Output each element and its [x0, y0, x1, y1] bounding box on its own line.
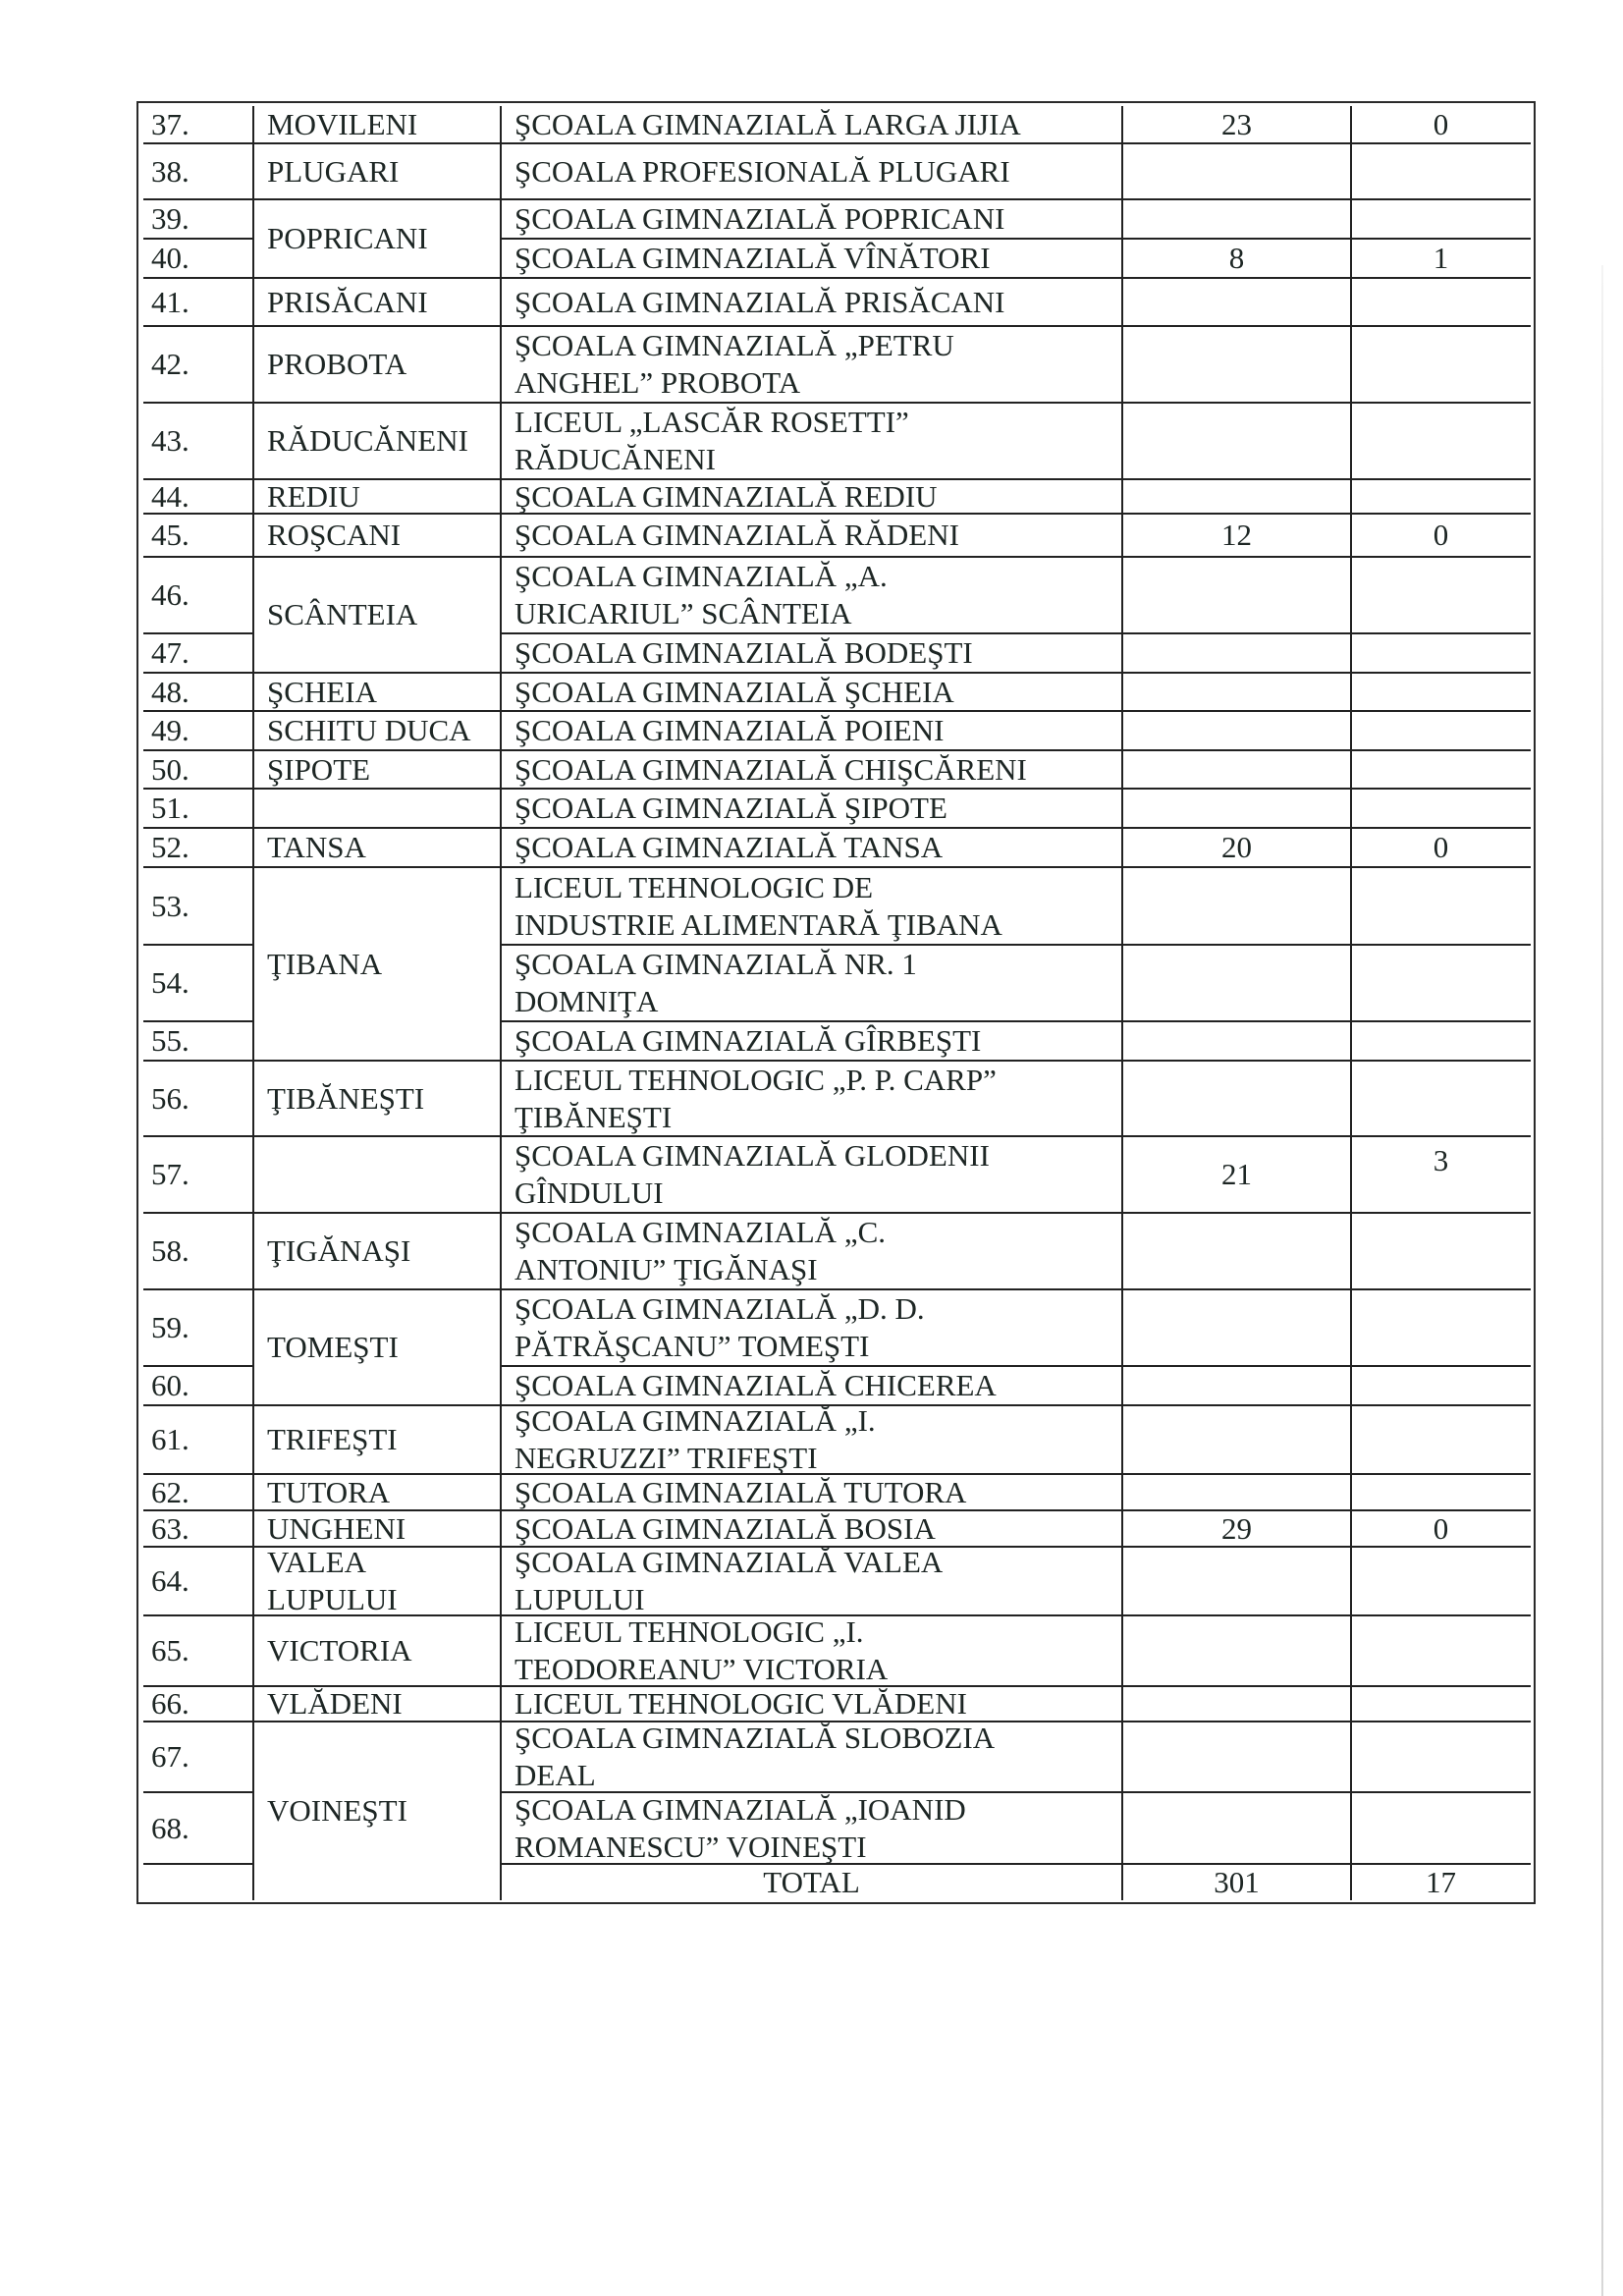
table-row-divider	[501, 1365, 1531, 1367]
commune-cell: VALEA LUPULUI	[253, 1547, 501, 1615]
row-number: 40.	[143, 239, 253, 278]
value-col2-cell	[1351, 945, 1531, 1021]
value-col2-cell: 0	[1351, 1510, 1531, 1547]
row-number: 58.	[143, 1213, 253, 1289]
value-col2-cell	[1351, 326, 1531, 403]
school-name-cell: LICEUL TEHNOLOGIC „I. TEODOREANU” VICTOR…	[501, 1615, 1122, 1686]
table-row-divider	[501, 238, 1531, 240]
school-name-cell: ŞCOALA GIMNAZIALĂ VALEA LUPULUI	[501, 1547, 1122, 1615]
row-number: 59.	[143, 1289, 253, 1366]
table-row-divider	[143, 325, 1531, 327]
school-name-cell: ŞCOALA GIMNAZIALĂ REDIU	[501, 479, 1122, 514]
school-name-cell: ŞCOALA GIMNAZIALĂ „C. ANTONIU” ŢIGĂNAŞI	[501, 1213, 1122, 1289]
commune-cell: ŢIBANA	[253, 867, 501, 1061]
commune-cell: PRISĂCANI	[253, 278, 501, 326]
table-row-divider	[143, 277, 1531, 279]
table-row-divider	[501, 1020, 1531, 1022]
table-row-divider	[143, 1721, 1531, 1722]
school-name-cell: ŞCOALA GIMNAZIALĂ POIENI	[501, 711, 1122, 750]
row-number: 41.	[143, 278, 253, 326]
value-col2-cell	[1351, 1547, 1531, 1615]
school-name-cell: ŞCOALA PROFESIONALĂ PLUGARI	[501, 143, 1122, 199]
row-number: 49.	[143, 711, 253, 750]
scan-artifact-line	[1601, 265, 1603, 2296]
commune-cell: ROŞCANI	[253, 514, 501, 557]
value-col1-cell	[1122, 1722, 1351, 1792]
row-number: 47.	[143, 633, 253, 673]
row-number: 52.	[143, 828, 253, 867]
school-name-cell: ŞCOALA GIMNAZIALĂ CHIŞCĂRENI	[501, 750, 1122, 789]
value-col1-cell	[1122, 143, 1351, 199]
commune-cell: VOINEŞTI	[253, 1722, 501, 1900]
commune-cell: TUTORA	[253, 1474, 501, 1510]
row-number: 65.	[143, 1615, 253, 1686]
value-col1-cell	[1122, 711, 1351, 750]
school-name-cell: ŞCOALA GIMNAZIALĂ „A. URICARIUL” SCÂNTEI…	[501, 557, 1122, 633]
commune-cell: ŞCHEIA	[253, 673, 501, 711]
commune-cell: RĂDUCĂNENI	[253, 403, 501, 479]
row-number: 50.	[143, 750, 253, 789]
commune-cell: VLĂDENI	[253, 1686, 501, 1722]
commune-cell: SCHITU DUCA	[253, 711, 501, 750]
value-col1-cell	[1122, 673, 1351, 711]
table-row-divider	[143, 827, 1531, 829]
value-col2-cell	[1351, 711, 1531, 750]
row-number: 53.	[143, 867, 253, 945]
row-number: 64.	[143, 1547, 253, 1615]
value-col1-cell	[1122, 945, 1351, 1021]
commune-cell: ŢIBĂNEŞTI	[253, 1061, 501, 1136]
row-number: 54.	[143, 945, 253, 1021]
table-row-divider	[143, 749, 1531, 751]
row-number: 68.	[143, 1792, 253, 1864]
value-col1-cell	[1122, 1615, 1351, 1686]
row-number	[143, 1864, 253, 1900]
value-col2-cell	[1351, 1366, 1531, 1405]
value-col2-cell	[1351, 633, 1531, 673]
value-col1-cell	[1122, 1686, 1351, 1722]
school-name-cell: ŞCOALA GIMNAZIALĂ GÎRBEŞTI	[501, 1021, 1122, 1061]
table-row-divider	[143, 478, 1531, 480]
school-name-cell: ŞCOALA GIMNAZIALĂ RĂDENI	[501, 514, 1122, 557]
row-number: 48.	[143, 673, 253, 711]
table-row-divider	[143, 142, 1531, 144]
row-number: 46.	[143, 557, 253, 633]
commune-cell: UNGHENI	[253, 1510, 501, 1547]
school-name-cell: ŞCOALA GIMNAZIALĂ „D. D. PĂTRĂŞCANU” TOM…	[501, 1289, 1122, 1366]
school-name-cell: LICEUL TEHNOLOGIC DE INDUSTRIE ALIMENTAR…	[501, 867, 1122, 945]
table-row-divider	[143, 1509, 1531, 1511]
school-name-cell: ŞCOALA GIMNAZIALĂ LARGA JIJIA	[501, 106, 1122, 143]
value-col1-cell	[1122, 1213, 1351, 1289]
value-col2-cell	[1351, 673, 1531, 711]
document-page: 37.MOVILENIŞCOALA GIMNAZIALĂ LARGA JIJIA…	[0, 0, 1623, 2296]
row-number: 57.	[143, 1136, 253, 1213]
row-number: 61.	[143, 1405, 253, 1474]
commune-cell: ŢIGĂNAŞI	[253, 1213, 501, 1289]
school-name-cell: ŞCOALA GIMNAZIALĂ CHICEREA	[501, 1366, 1122, 1405]
table-row-divider	[143, 672, 1531, 674]
school-name-cell: LICEUL TEHNOLOGIC „P. P. CARP” ŢIBĂNEŞTI	[501, 1061, 1122, 1136]
value-col2-cell	[1351, 199, 1531, 239]
table-row-divider	[143, 632, 253, 634]
value-col1-cell: 29	[1122, 1510, 1351, 1547]
row-number: 51.	[143, 789, 253, 828]
commune-cell: ŞIPOTE	[253, 750, 501, 789]
total-value-col1: 301	[1122, 1864, 1351, 1900]
row-number: 55.	[143, 1021, 253, 1061]
table-row-divider	[143, 1212, 1531, 1214]
commune-cell: TRIFEŞTI	[253, 1405, 501, 1474]
value-col1-cell	[1122, 867, 1351, 945]
commune-cell: TOMEŞTI	[253, 1289, 501, 1405]
value-col2-cell	[1351, 867, 1531, 945]
row-number: 43.	[143, 403, 253, 479]
commune-cell: MOVILENI	[253, 106, 501, 143]
total-value-col2: 17	[1351, 1864, 1531, 1900]
school-name-cell: ŞCOALA GIMNAZIALĂ „IOANID ROMANESCU” VOI…	[501, 1792, 1122, 1864]
value-col1-cell	[1122, 278, 1351, 326]
row-number: 62.	[143, 1474, 253, 1510]
value-col2-cell	[1351, 1405, 1531, 1474]
commune-cell: SCÂNTEIA	[253, 557, 501, 673]
value-col2-cell	[1351, 1686, 1531, 1722]
table-row-divider	[143, 788, 1531, 790]
total-label: TOTAL	[501, 1864, 1122, 1900]
school-name-cell: ŞCOALA GIMNAZIALĂ BODEŞTI	[501, 633, 1122, 673]
commune-cell: PLUGARI	[253, 143, 501, 199]
table-row-divider	[143, 402, 1531, 404]
value-col1-cell: 23	[1122, 106, 1351, 143]
row-number: 42.	[143, 326, 253, 403]
row-number: 39.	[143, 199, 253, 239]
value-col2-cell	[1351, 1615, 1531, 1686]
value-col2-cell	[1351, 1722, 1531, 1792]
table-row-divider	[143, 1365, 253, 1367]
value-col1-cell	[1122, 1792, 1351, 1864]
value-col2-cell	[1351, 1474, 1531, 1510]
school-name-cell: ŞCOALA GIMNAZIALĂ BOSIA	[501, 1510, 1122, 1547]
value-col2-cell	[1351, 1213, 1531, 1289]
value-col2-cell: 1	[1351, 239, 1531, 278]
table-row-divider	[143, 1791, 253, 1793]
table-row-divider	[143, 1020, 253, 1022]
school-name-cell: ŞCOALA GIMNAZIALĂ „I. NEGRUZZI” TRIFEŞTI	[501, 1405, 1122, 1474]
school-name-cell: ŞCOALA GIMNAZIALĂ SLOBOZIA DEAL	[501, 1722, 1122, 1792]
value-col1-cell	[1122, 1547, 1351, 1615]
table-row-divider	[501, 944, 1531, 946]
table-row-divider	[143, 556, 1531, 558]
school-name-cell: ŞCOALA GIMNAZIALĂ TANSA	[501, 828, 1122, 867]
table-row-divider	[501, 632, 1531, 634]
value-col2-cell	[1351, 789, 1531, 828]
value-col1-cell	[1122, 199, 1351, 239]
value-col1-cell	[1122, 1405, 1351, 1474]
commune-cell	[253, 1136, 501, 1213]
value-col1-cell	[1122, 479, 1351, 514]
commune-cell: VICTORIA	[253, 1615, 501, 1686]
school-name-cell: ŞCOALA GIMNAZIALĂ GLODENII GÎNDULUI	[501, 1136, 1122, 1213]
value-col2-cell	[1351, 557, 1531, 633]
value-col2-cell	[1351, 1792, 1531, 1864]
commune-cell: TANSA	[253, 828, 501, 867]
value-col1-cell: 20	[1122, 828, 1351, 867]
table-row-divider	[143, 1863, 253, 1865]
commune-cell: REDIU	[253, 479, 501, 514]
row-number: 56.	[143, 1061, 253, 1136]
value-col1-cell	[1122, 403, 1351, 479]
table-row-divider	[143, 866, 1531, 868]
value-col2-cell: 0	[1351, 514, 1531, 557]
table-row-divider	[143, 1546, 1531, 1548]
school-name-cell: ŞCOALA GIMNAZIALĂ VÎNĂTORI	[501, 239, 1122, 278]
value-col2-cell	[1351, 479, 1531, 514]
value-col1-cell	[1122, 1021, 1351, 1061]
table-row-divider	[143, 1614, 1531, 1616]
school-name-cell: ŞCOALA GIMNAZIALĂ TUTORA	[501, 1474, 1122, 1510]
school-name-cell: LICEUL „LASCĂR ROSETTI” RĂDUCĂNENI	[501, 403, 1122, 479]
table-row-divider	[501, 1791, 1531, 1793]
row-number: 45.	[143, 514, 253, 557]
value-col1-cell	[1122, 789, 1351, 828]
table-row-divider	[501, 1863, 1531, 1865]
value-col1-cell	[1122, 1289, 1351, 1366]
value-col1-cell	[1122, 557, 1351, 633]
school-name-cell: ŞCOALA GIMNAZIALĂ ŞCHEIA	[501, 673, 1122, 711]
value-col2-cell	[1351, 1061, 1531, 1136]
table-row-divider	[143, 1685, 1531, 1687]
table-row-divider	[143, 238, 253, 240]
table-row-divider	[143, 1135, 1531, 1137]
value-col1-cell: 12	[1122, 514, 1351, 557]
value-col2-cell: 3	[1351, 1136, 1531, 1213]
school-name-cell: ŞCOALA GIMNAZIALĂ PRISĂCANI	[501, 278, 1122, 326]
value-col2-cell	[1351, 1289, 1531, 1366]
value-col1-cell	[1122, 1366, 1351, 1405]
commune-cell: POPRICANI	[253, 199, 501, 278]
value-col1-cell: 8	[1122, 239, 1351, 278]
table-row-divider	[143, 710, 1531, 712]
value-col1-cell	[1122, 1474, 1351, 1510]
value-col2-cell	[1351, 1021, 1531, 1061]
school-name-cell: ŞCOALA GIMNAZIALĂ „PETRU ANGHEL” PROBOTA	[501, 326, 1122, 403]
row-number: 44.	[143, 479, 253, 514]
commune-cell: PROBOTA	[253, 326, 501, 403]
value-col1-cell: 21	[1122, 1136, 1351, 1213]
table-row-divider	[143, 1060, 1531, 1062]
table-row-divider	[143, 1288, 1531, 1290]
value-col2-cell	[1351, 143, 1531, 199]
school-name-cell: LICEUL TEHNOLOGIC VLĂDENI	[501, 1686, 1122, 1722]
value-col1-cell	[1122, 1061, 1351, 1136]
commune-cell	[253, 789, 501, 828]
value-col2-cell: 0	[1351, 828, 1531, 867]
value-col2-cell	[1351, 750, 1531, 789]
value-col1-cell	[1122, 326, 1351, 403]
row-number: 60.	[143, 1366, 253, 1405]
row-number: 63.	[143, 1510, 253, 1547]
row-number: 37.	[143, 106, 253, 143]
value-col2-cell: 0	[1351, 106, 1531, 143]
table-row-divider	[143, 1473, 1531, 1475]
value-col2-cell	[1351, 278, 1531, 326]
row-number: 38.	[143, 143, 253, 199]
school-name-cell: ŞCOALA GIMNAZIALĂ NR. 1 DOMNIŢA	[501, 945, 1122, 1021]
value-col2-cell	[1351, 403, 1531, 479]
school-name-cell: ŞCOALA GIMNAZIALĂ ŞIPOTE	[501, 789, 1122, 828]
value-col1-cell	[1122, 633, 1351, 673]
table-row-divider	[143, 1404, 1531, 1406]
table-row-divider	[143, 944, 253, 946]
row-number: 67.	[143, 1722, 253, 1792]
table-row-divider	[143, 198, 1531, 200]
school-name-cell: ŞCOALA GIMNAZIALĂ POPRICANI	[501, 199, 1122, 239]
table-row-divider	[143, 513, 1531, 515]
value-col1-cell	[1122, 750, 1351, 789]
row-number: 66.	[143, 1686, 253, 1722]
